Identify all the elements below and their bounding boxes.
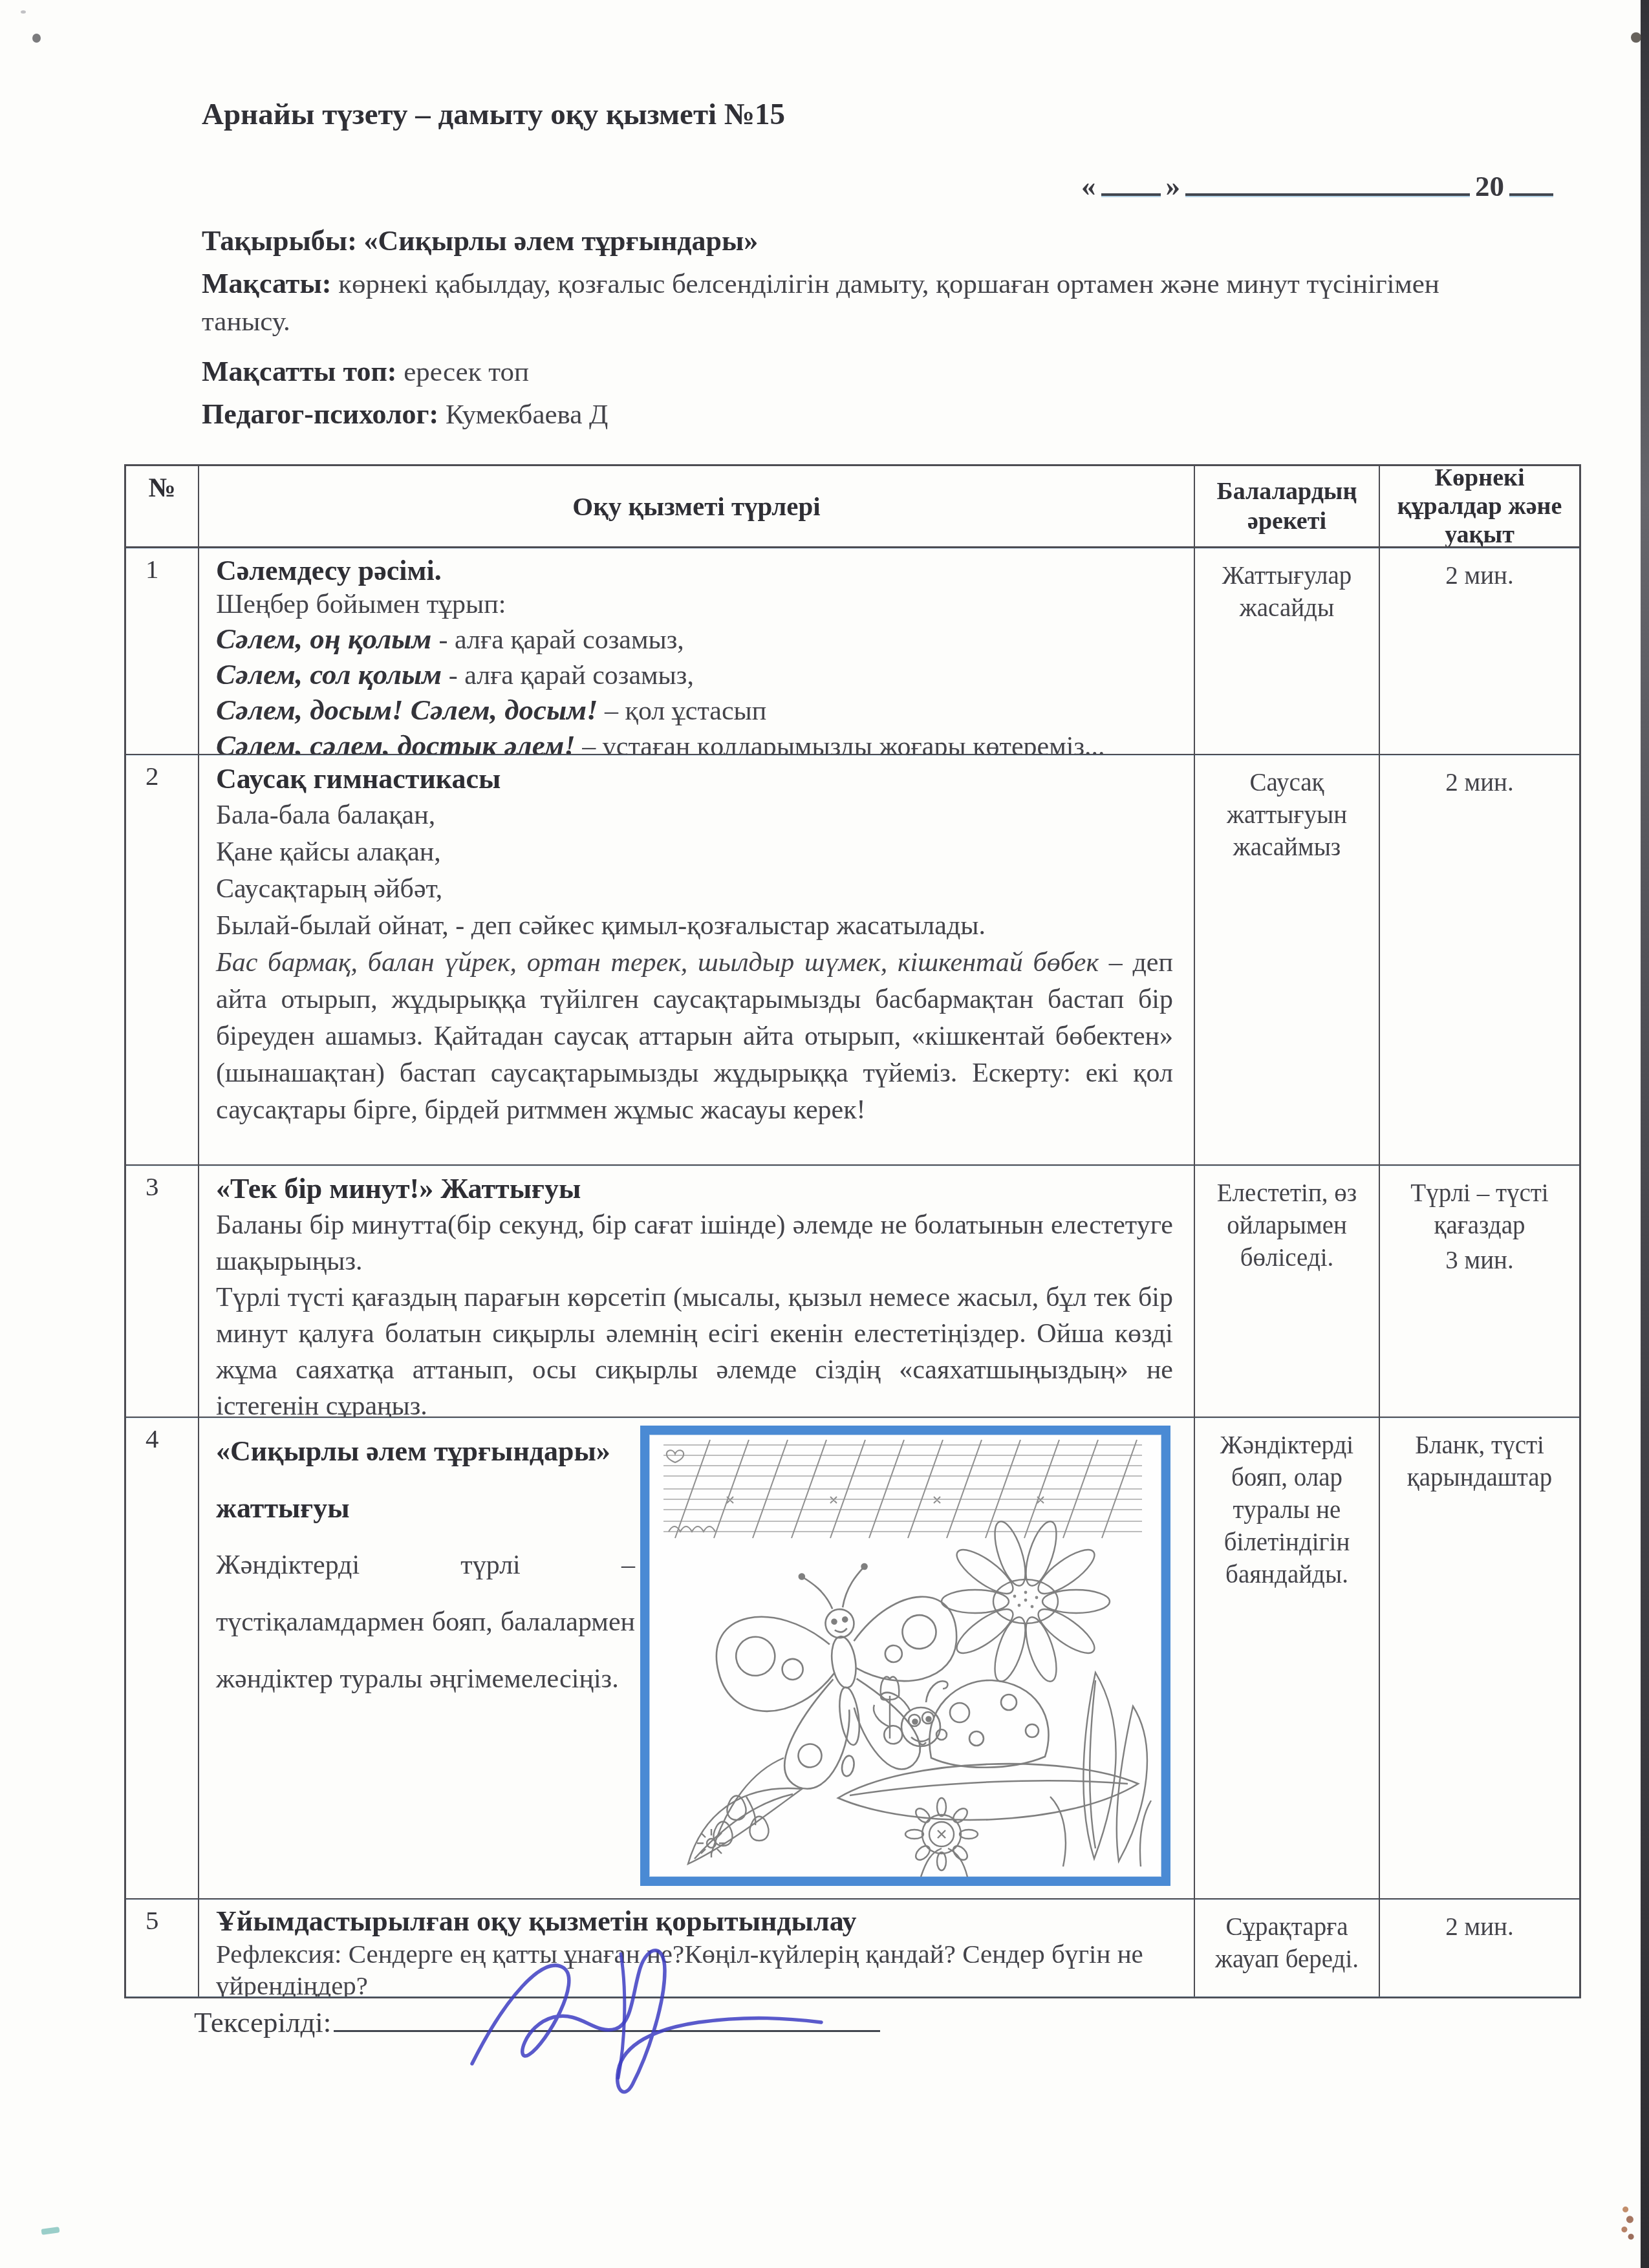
date-close-quote: » — [1166, 170, 1181, 202]
row2-activity-cell: Саусақ гимнастикасы Бала-бала балақан, Қ… — [199, 755, 1195, 1166]
row4-tools-time: Бланк, түсті қарындаштар — [1380, 1418, 1579, 1899]
row1-line: Сәлем, сәлем, достық әлем! – ұстаған қол… — [216, 729, 1173, 755]
goal-label: Мақсаты: — [202, 268, 331, 299]
row2-line: Қане қайсы алақан, — [216, 834, 1173, 871]
scan-teal-mark — [41, 2227, 60, 2235]
row5-tools-time: 2 мин. — [1380, 1899, 1579, 1996]
row4-title: «Сиқырлы әлем тұрғындары» жаттығуы — [216, 1423, 635, 1537]
scan-rust-mark — [1617, 2201, 1639, 2241]
scan-edge-strip — [1641, 0, 1649, 2268]
row2-line: Бала-бала балақан, — [216, 797, 1173, 834]
teacher-line: Педагог-психолог: Кумекбаева Д — [202, 396, 608, 434]
row1-tools-time: 2 мин. — [1380, 548, 1579, 755]
row2-children-action: Саусақ жаттығуын жасаймыз — [1195, 755, 1380, 1166]
row5-children-action: Сұрақтарға жауап береді. — [1195, 1899, 1380, 1996]
topic-value: «Сиқырлы әлем тұрғындары» — [364, 225, 759, 257]
row1-line: Сәлем, оң қолым - алға қарай созамыз, — [216, 622, 1173, 658]
row2-number: 2 — [126, 755, 199, 1166]
teacher-label: Педагог-психолог: — [202, 398, 438, 430]
column-header-activities: Оқу қызметі түрлері — [199, 466, 1195, 548]
date-year-prefix: 20 — [1475, 170, 1504, 202]
row5-paragraph: Рефлексия: Сендерге ең қатты ұнаған не?К… — [216, 1938, 1173, 1996]
row1-title: Сәлемдесу рәсімі. — [216, 553, 1173, 588]
target-group-value: ересек топ — [404, 357, 529, 387]
row1-children-action: Жаттығулар жасайды — [1195, 548, 1380, 755]
date-day-blank — [1101, 171, 1161, 196]
row2-paragraph: Бас бармақ, балан үйрек, ортан терек, шы… — [216, 945, 1173, 1129]
checked-line: Тексерілді: — [194, 2004, 880, 2039]
checked-label: Тексерілді: — [194, 2006, 331, 2038]
date-open-quote: « — [1081, 170, 1096, 202]
row3-children-action: Елестетіп, өз ойларымен бөліседі. — [1195, 1166, 1380, 1418]
teacher-value: Кумекбаева Д — [446, 400, 608, 430]
row1-number: 1 — [126, 548, 199, 755]
row3-paragraph-2: Түрлі түсті қағаздың парағын көрсетіп (м… — [216, 1279, 1173, 1418]
goal-value: көрнекі қабылдау, қозғалыс белсенділігін… — [202, 269, 1439, 337]
document-page: Арнайы түзету – дамыту оқу қызметі №15 «… — [0, 0, 1649, 2268]
topic-label: Тақырыбы: — [202, 225, 357, 257]
row3-time: 3 мин. — [1388, 1245, 1571, 1277]
row5-title: Ұйымдастырылған оқу қызметін қорытындыла… — [216, 1905, 1173, 1938]
row4-children-action: Жәндіктерді бояп, олар туралы не білетін… — [1195, 1418, 1380, 1899]
row2-tools-time: 2 мин. — [1380, 755, 1579, 1166]
scan-speck — [1631, 32, 1641, 43]
row4-paragraph: Жәндіктерді түрлі – түстіқаламдармен боя… — [216, 1537, 635, 1707]
row1-line: Сәлем, сол қолым - алға қарай созамыз, — [216, 658, 1173, 693]
column-header-children-action: Балалардың әрекеті — [1195, 466, 1380, 548]
row2-title: Саусақ гимнастикасы — [216, 760, 1173, 797]
goal-line: Мақсаты: көрнекі қабылдау, қозғалыс белс… — [202, 265, 1485, 341]
column-header-tools-time: Көрнекі құралдар және уақыт — [1380, 466, 1579, 548]
row1-activity-cell: Сәлемдесу рәсімі. Шеңбер бойымен тұрып: … — [199, 548, 1195, 755]
date-month-blank — [1185, 171, 1470, 196]
topic-line: Тақырыбы: «Сиқырлы әлем тұрғындары» — [202, 222, 758, 261]
column-header-number: № — [126, 466, 199, 548]
row5-number: 5 — [126, 1899, 199, 1996]
scan-speck — [32, 34, 41, 43]
target-group-line: Мақсатты топ: ересек топ — [202, 353, 529, 391]
coloring-image — [640, 1426, 1170, 1886]
row3-title: «Тек бір минут!» Жаттығуы — [216, 1171, 1173, 1207]
row3-tools-time: Түрлі – түсті қағаздар 3 мин. — [1380, 1166, 1579, 1418]
row4-number: 4 — [126, 1418, 199, 1899]
row2-line: Былай-былай ойнат, - деп сәйкес қимыл-қо… — [216, 908, 1173, 945]
row3-activity-cell: «Тек бір минут!» Жаттығуы Баланы бір мин… — [199, 1166, 1195, 1418]
row3-paragraph-1: Баланы бір минутта(бір секунд, бір сағат… — [216, 1207, 1173, 1279]
row4-text-block: «Сиқырлы әлем тұрғындары» жаттығуы Жәнді… — [216, 1423, 635, 1707]
scan-speck — [21, 10, 26, 14]
row1-intro: Шеңбер бойымен тұрып: — [216, 588, 1173, 622]
page-title: Арнайы түзету – дамыту оқу қызметі №15 — [202, 97, 785, 132]
date-line: «»20 — [1081, 169, 1558, 203]
row3-number: 3 — [126, 1166, 199, 1418]
signature-blank-line — [334, 2004, 880, 2032]
coloring-svg — [649, 1435, 1161, 1877]
date-year-blank — [1509, 171, 1553, 196]
row1-line: Сәлем, досым! Сәлем, досым! – қол ұстасы… — [216, 693, 1173, 729]
row2-line: Саусақтарың әйбәт, — [216, 871, 1173, 908]
row3-tools: Түрлі – түсті қағаздар — [1388, 1177, 1571, 1242]
target-group-label: Мақсатты топ: — [202, 356, 396, 387]
row5-activity-cell: Ұйымдастырылған оқу қызметін қорытындыла… — [199, 1899, 1195, 1996]
